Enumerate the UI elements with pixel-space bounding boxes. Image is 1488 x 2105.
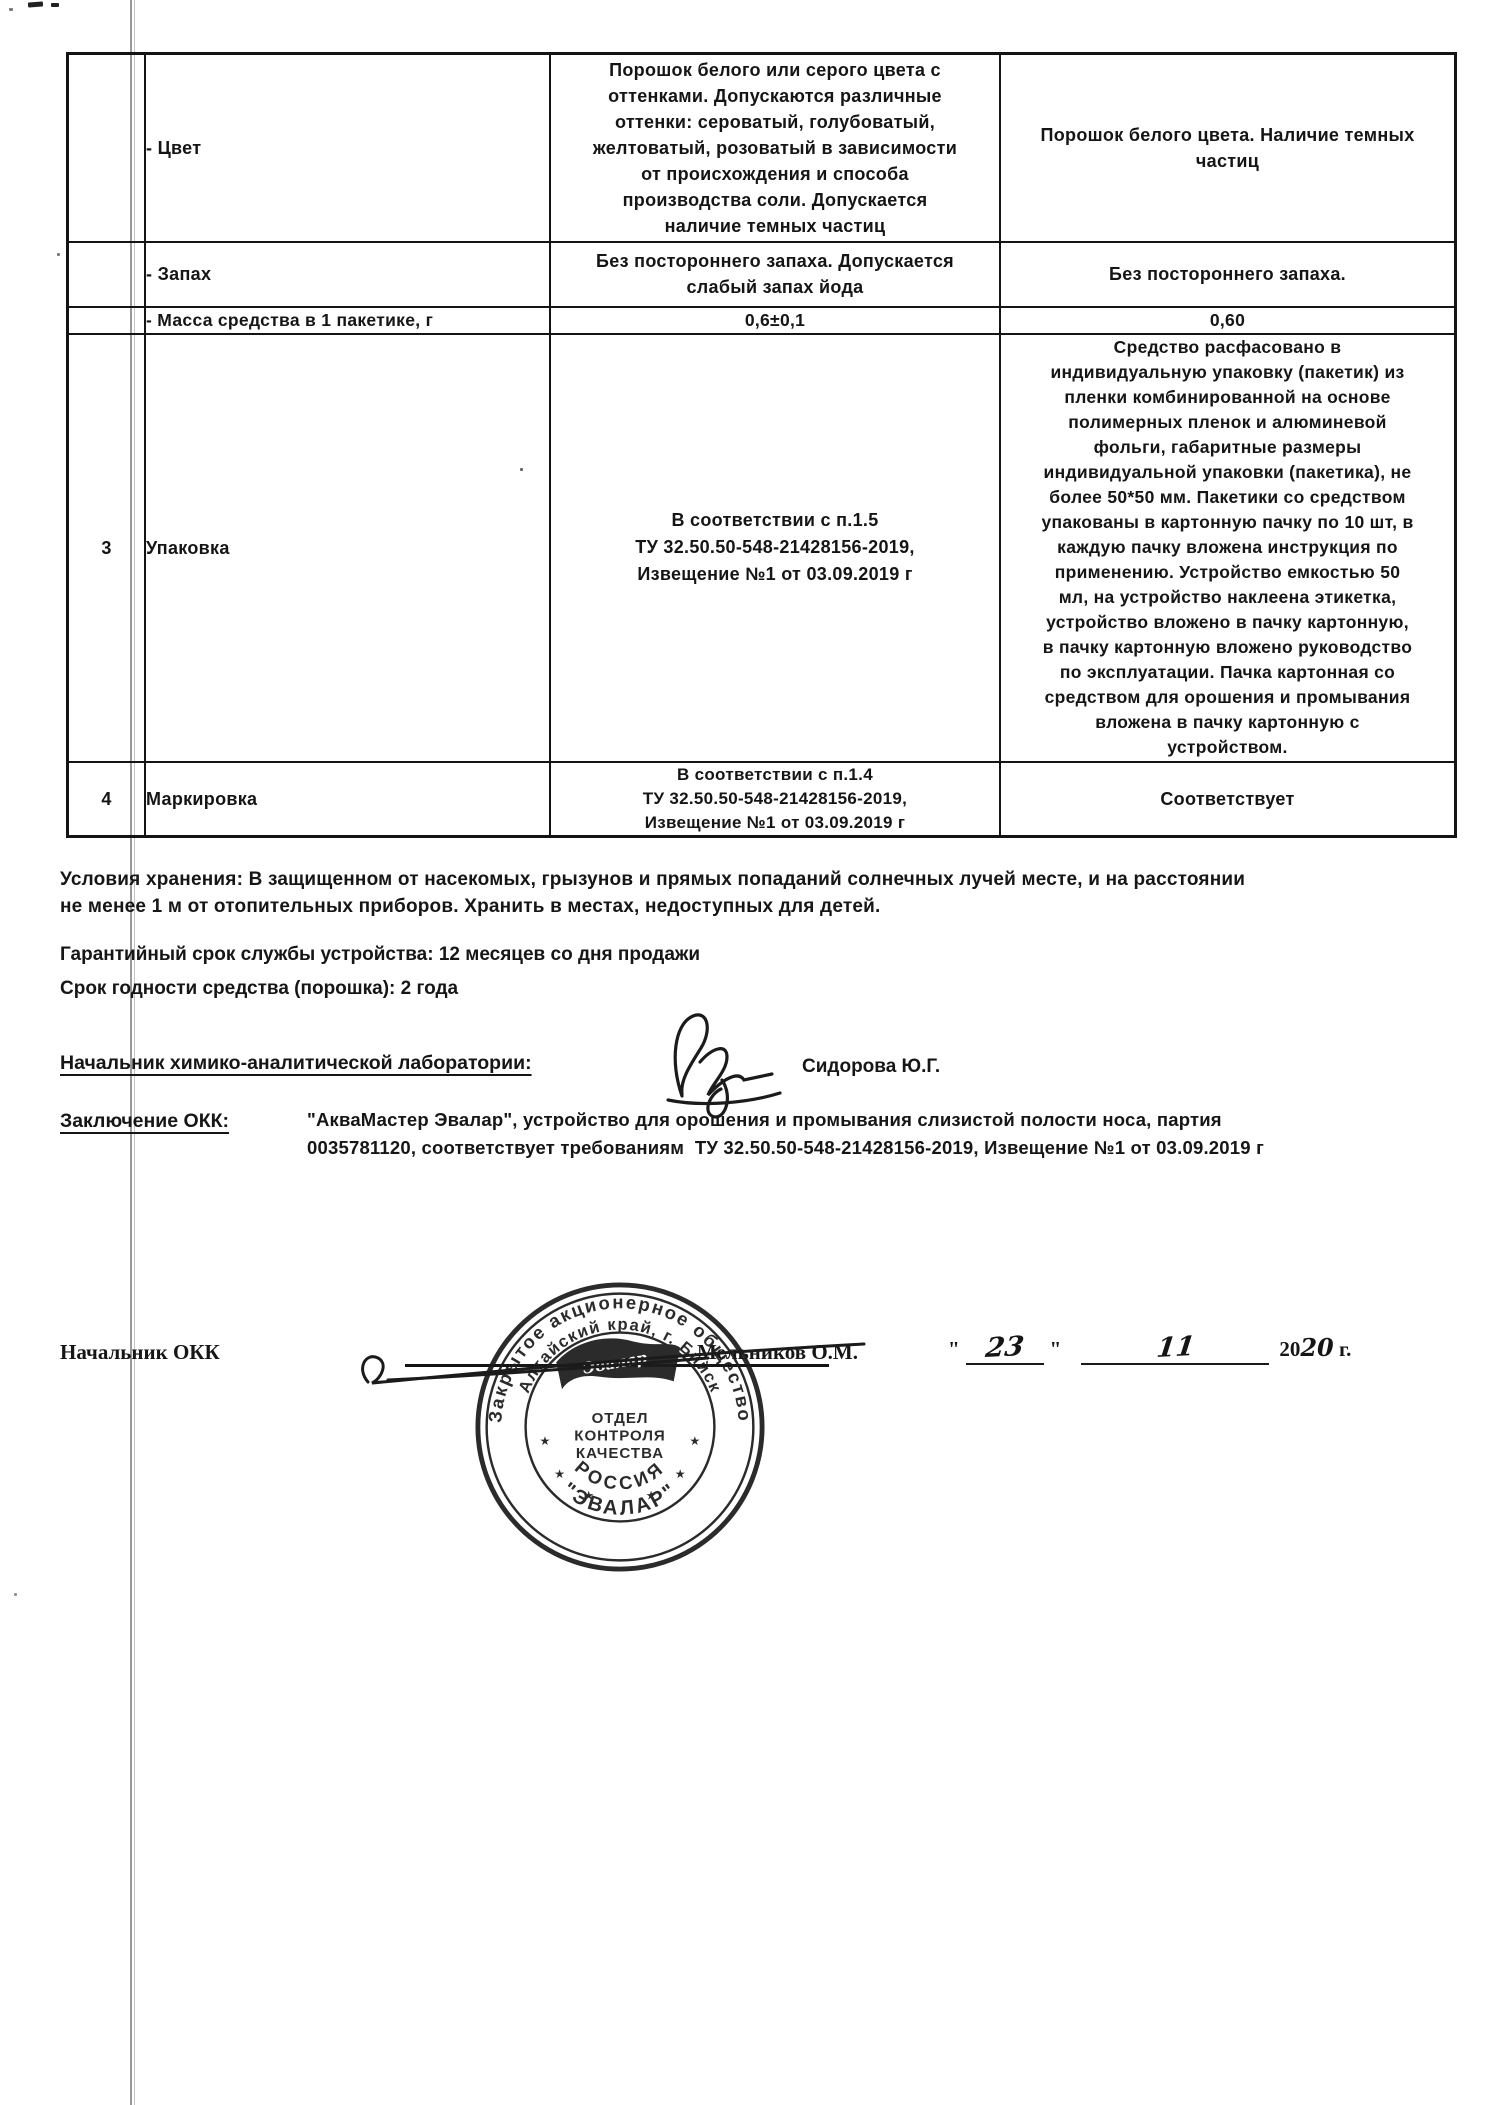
cell-number [68,307,146,334]
table-row-packaging: 3 Упаковка В соответствии с п.1.5 ТУ 32.… [68,334,1456,762]
quote-mark: " [1050,1337,1062,1362]
cell-requirement: В соответствии с п.1.5 ТУ 32.50.50-548-2… [550,334,1000,762]
date-day-underline: 23 [966,1332,1044,1365]
cell-actual: Порошок белого цвета. Наличие темных час… [1000,54,1456,242]
year-printed-prefix: 20 [1279,1337,1300,1361]
cell-actual: Средство расфасовано в индивидуальную уп… [1000,334,1456,762]
cell-parameter: Упаковка [145,334,550,762]
scan-speck [57,253,60,256]
quote-mark: " [948,1337,960,1362]
cell-parameter: Маркировка [145,762,550,837]
cell-requirement: 0,6±0,1 [550,307,1000,334]
date-field: "23"112020 г. [942,1332,1351,1365]
cell-parameter: - Масса средства в 1 пакетике, г [145,307,550,334]
cell-actual: 0,60 [1000,307,1456,334]
scanned-document-page: - Цвет Порошок белого или серого цвета с… [0,0,1488,2105]
scan-speck [28,1,43,7]
handwritten-month: 11 [1154,1331,1196,1364]
stamp-star-icon: ★ [540,1436,550,1448]
cell-parameter: - Запах [145,242,550,307]
okk-conclusion-label: Заключение ОКК: [60,1110,229,1133]
date-month-underline: 11 [1081,1332,1269,1365]
stamp-star-icon: ★ [584,1490,594,1502]
table-row-marking: 4 Маркировка В соответствии с п.1.4 ТУ 3… [68,762,1456,837]
table-row-color: - Цвет Порошок белого или серого цвета с… [68,54,1456,242]
stamp-star-icon: ★ [646,1490,656,1502]
table-row-mass: - Масса средства в 1 пакетике, г 0,6±0,1… [68,307,1456,334]
stamp-star-icon: ★ [690,1436,700,1448]
cell-requirement: Порошок белого или серого цвета с оттенк… [550,54,1000,242]
lab-head-label: Начальник химико-аналитической лаборатор… [60,1052,532,1075]
storage-conditions-text: Условия хранения: В защищенном от насеко… [60,866,1245,920]
qc-spec-table: - Цвет Порошок белого или серого цвета с… [66,52,1457,838]
cell-number [68,54,146,242]
okk-conclusion-text: "АкваМастер Эвалар", устройство для орош… [307,1106,1264,1162]
cell-parameter: - Цвет [145,54,550,242]
stamp-star-icon: ★ [676,1469,686,1481]
cell-number: 4 [68,762,146,837]
scan-speck [14,1593,17,1596]
table-row-smell: - Запах Без постороннего запаха. Допуска… [68,242,1456,307]
stamp-star-icon: ★ [555,1469,565,1481]
cell-number [68,242,146,307]
scan-speck [51,3,59,7]
handwritten-day: 23 [984,1331,1026,1364]
lab-head-name: Сидорова Ю.Г. [802,1056,940,1078]
shelf-life-text: Срок годности средства (порошка): 2 года [60,978,458,1000]
cell-requirement: Без постороннего запаха. Допускается сла… [550,242,1000,307]
cell-number: 3 [68,334,146,762]
cell-actual: Без постороннего запаха. [1000,242,1456,307]
scan-speck [9,8,13,11]
okk-head-label: Начальник ОКК [60,1340,220,1365]
okk-head-signature [348,1326,888,1406]
stamp-center-line2: КОНТРОЛЯ [574,1428,665,1445]
stamp-center-line1: ОТДЕЛ [592,1410,649,1427]
cell-requirement: В соответствии с п.1.4 ТУ 32.50.50-548-2… [550,762,1000,837]
date-year: 2020 г. [1279,1333,1351,1362]
handwritten-year-suffix: 20 [1300,1333,1333,1362]
cell-actual: Соответствует [1000,762,1456,837]
round-qc-stamp: Закрытое акционерное общество Алтайский … [474,1281,766,1573]
year-unit: г. [1334,1337,1352,1361]
stamp-center-line3: КАЧЕСТВА [576,1445,664,1462]
warranty-text: Гарантийный срок службы устройства: 12 м… [60,944,700,966]
